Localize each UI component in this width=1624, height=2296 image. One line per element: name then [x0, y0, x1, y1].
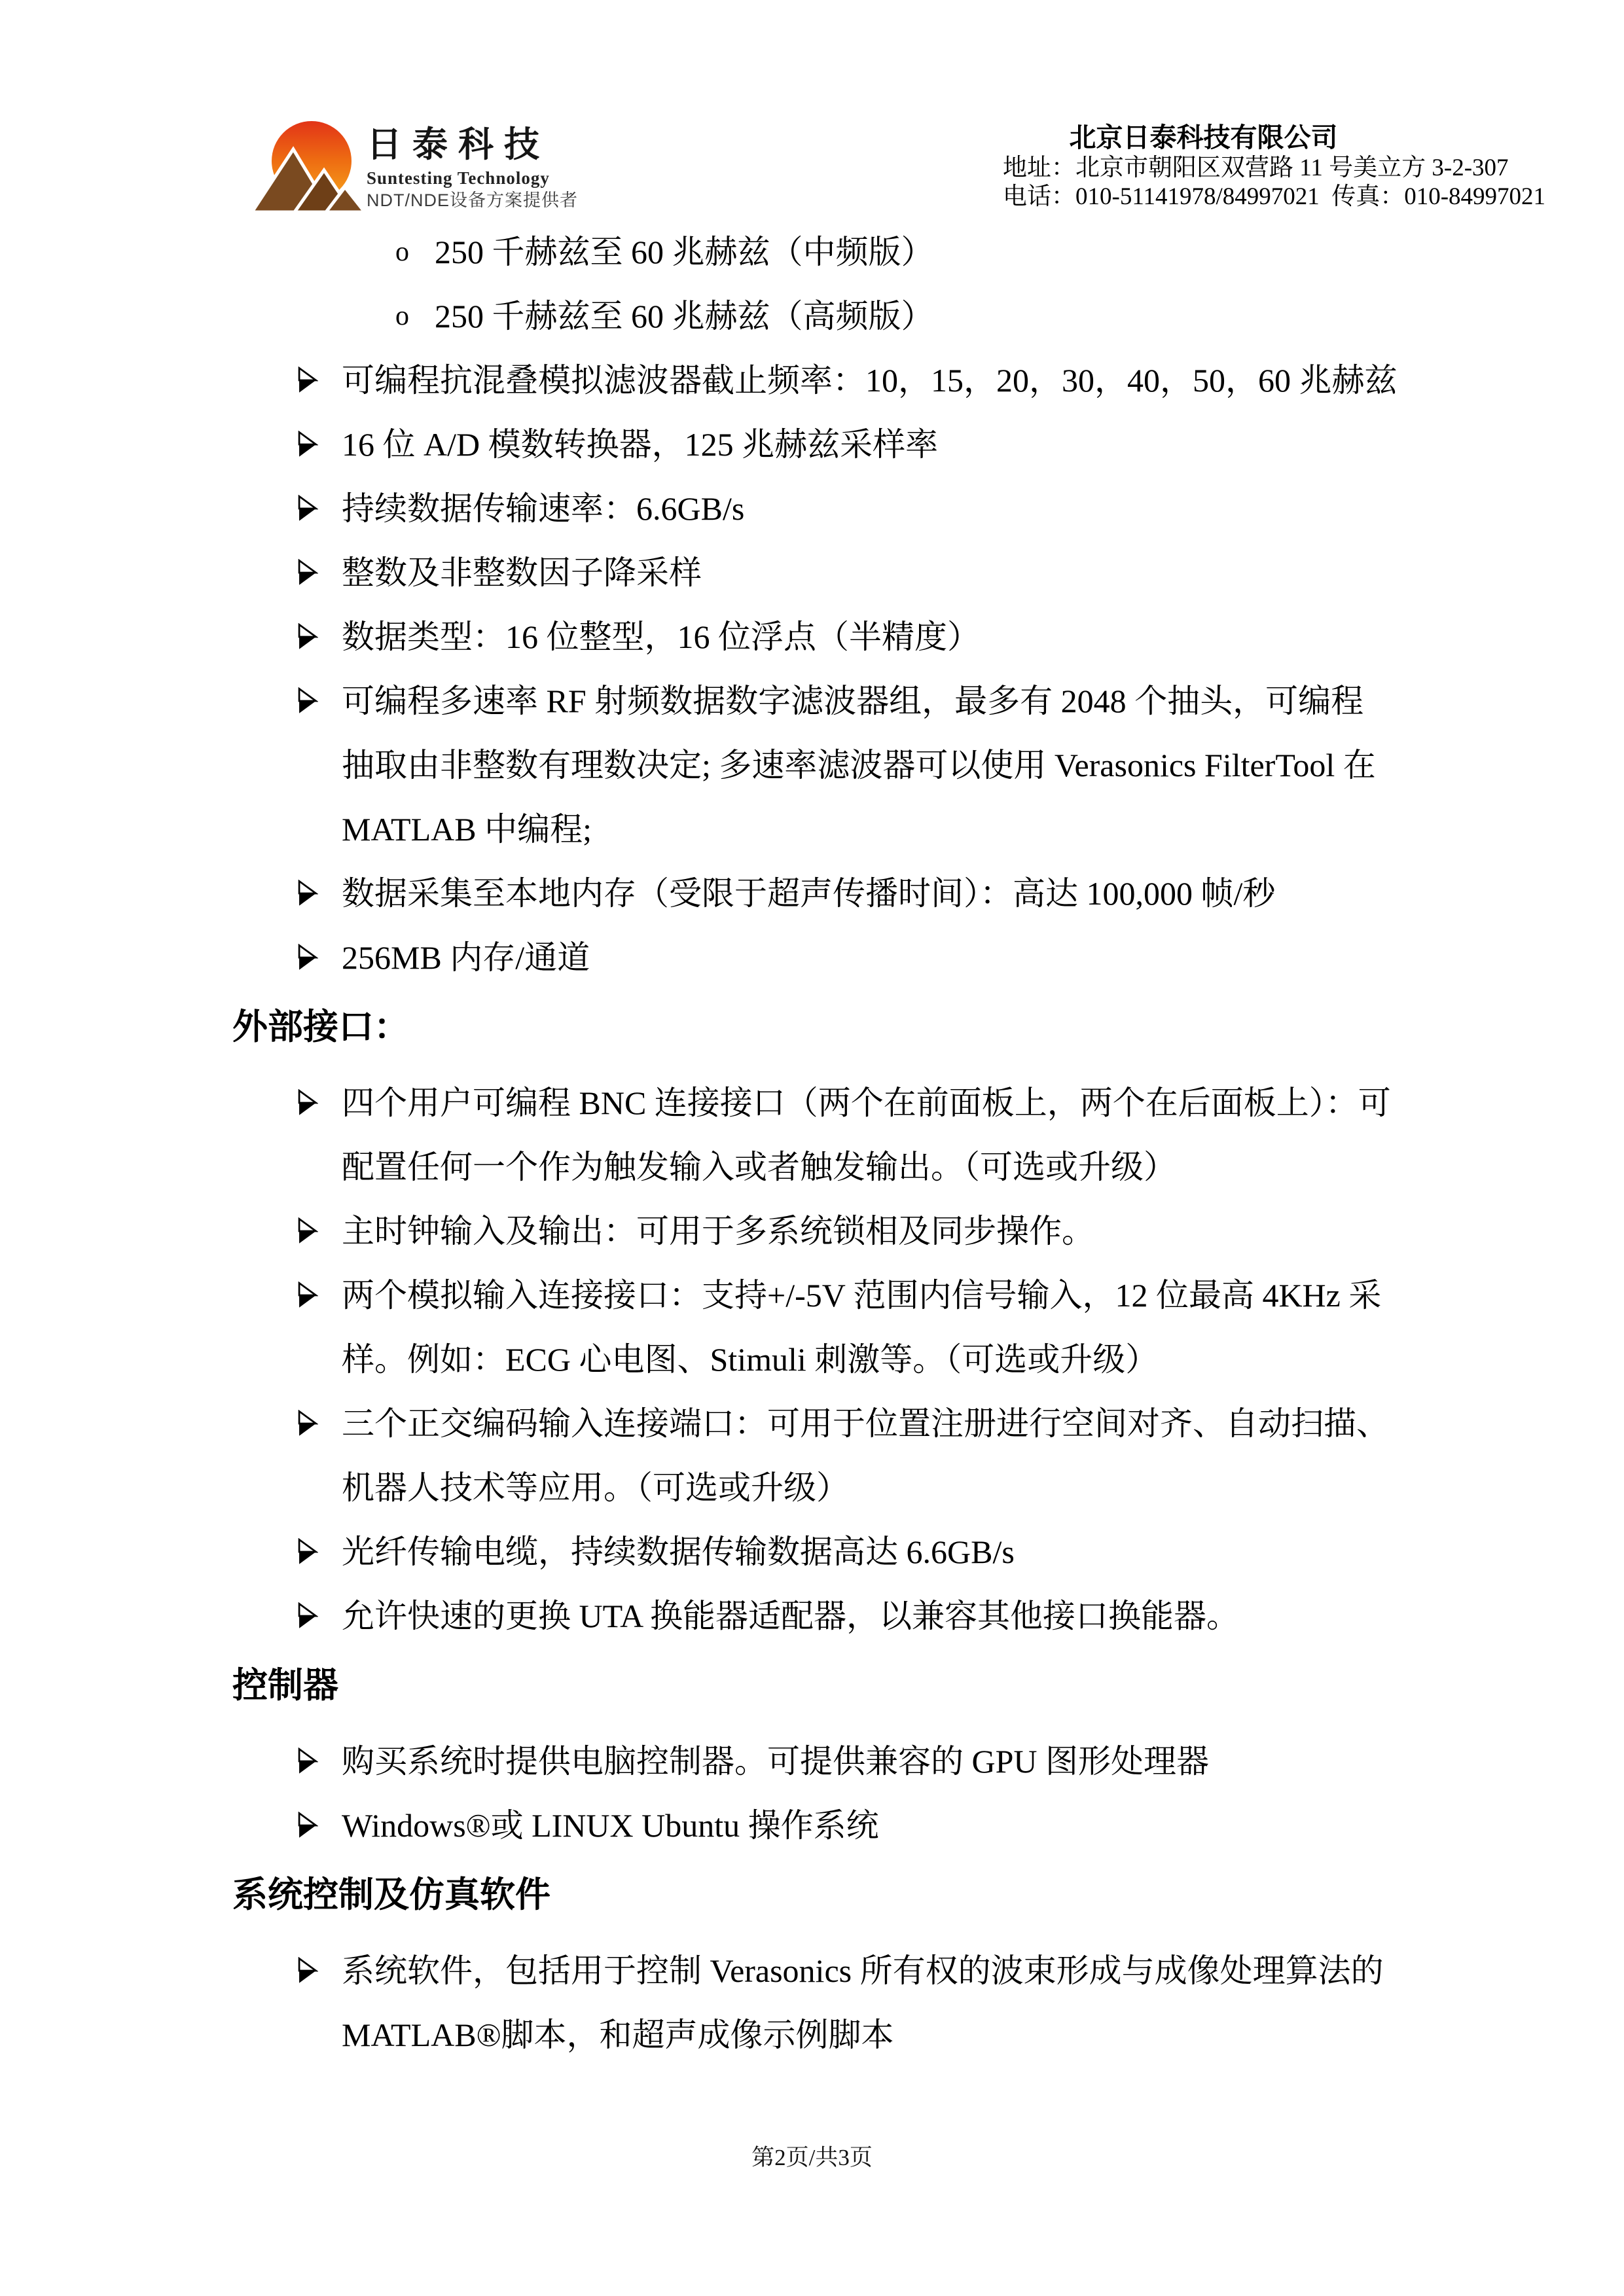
bullet-item: 数据采集至本地内存（受限于超声传播时间）：高达 100,000 帧/秒 — [232, 861, 1398, 925]
bullet-item: 三个正交编码输入连接端口：可用于位置注册进行空间对齐、自动扫描、机器人技术等应用… — [232, 1391, 1398, 1520]
text-line: MATLAB®脚本，和超声成像示例脚本 — [342, 2003, 1398, 2067]
section-heading: 外部接口： — [232, 995, 1398, 1059]
bullet-item: 256MB 内存/通道 — [232, 925, 1398, 990]
bullet-arrow-icon — [296, 1071, 318, 1135]
company-name: 北京日泰科技有限公司 — [1003, 121, 1404, 154]
text-line: 允许快速的更换 UTA 换能器适配器，以兼容其他接口换能器。 — [342, 1584, 1398, 1648]
sub-bullet-circle-icon: o — [395, 220, 409, 284]
text-line: 整数及非整数因子降采样 — [342, 541, 1398, 605]
company-phone-fax: 电话：010-51141978/84997021 传真：010-84997021 — [1003, 183, 1466, 211]
bullet-item: 可编程抗混叠模拟滤波器截止频率：10，15，20，30，40，50，60 兆赫兹 — [232, 348, 1398, 412]
text-line: 数据类型：16 位整型，16 位浮点（半精度） — [342, 605, 1398, 669]
company-info-block: 北京日泰科技有限公司 地址：北京市朝阳区双营路 11 号美立方 3-2-307 … — [1003, 121, 1466, 211]
bullet-arrow-icon — [296, 1729, 318, 1793]
bullet-arrow-icon — [296, 1584, 318, 1648]
text-line: 抽取由非整数有理数决定; 多速率滤波器可以使用 Verasonics Filte… — [342, 733, 1398, 797]
text-line: Windows®或 LINUX Ubuntu 操作系统 — [342, 1793, 1398, 1857]
text-line: 样。例如：ECG 心电图、Stimuli 刺激等。（可选或升级） — [342, 1327, 1398, 1391]
section-heading: 控制器 — [232, 1653, 1398, 1717]
bullet-arrow-icon — [296, 1520, 318, 1584]
text-line: 可编程多速率 RF 射频数据数字滤波器组，最多有 2048 个抽头，可编程 — [342, 669, 1398, 733]
text-line: 256MB 内存/通道 — [342, 925, 1398, 990]
section-heading: 系统控制及仿真软件 — [232, 1863, 1398, 1927]
bullet-item: 两个模拟输入连接接口：支持+/-5V 范围内信号输入，12 位最高 4KHz 采… — [232, 1263, 1398, 1391]
bullet-arrow-icon — [296, 1263, 318, 1327]
bullet-item: 允许快速的更换 UTA 换能器适配器，以兼容其他接口换能器。 — [232, 1584, 1398, 1648]
bullet-arrow-icon — [296, 1793, 318, 1857]
text-line: 光纤传输电缆，持续数据传输数据高达 6.6GB/s — [342, 1520, 1398, 1584]
sub-bullet-item: o250 千赫兹至 60 兆赫兹（中频版） — [232, 220, 1398, 284]
company-address: 地址：北京市朝阳区双营路 11 号美立方 3-2-307 — [1003, 154, 1466, 183]
sub-bullet-item: o250 千赫兹至 60 兆赫兹（高频版） — [232, 284, 1398, 348]
bullet-item: 主时钟输入及输出：可用于多系统锁相及同步操作。 — [232, 1199, 1398, 1263]
bullet-arrow-icon — [296, 925, 318, 990]
bullet-arrow-icon — [296, 1199, 318, 1263]
bullet-item: 数据类型：16 位整型，16 位浮点（半精度） — [232, 605, 1398, 669]
text-line: 购买系统时提供电脑控制器。可提供兼容的 GPU 图形处理器 — [342, 1729, 1398, 1793]
bullet-item: 四个用户可编程 BNC 连接接口（两个在前面板上，两个在后面板上）：可配置任何一… — [232, 1071, 1398, 1199]
text-line: 系统软件，包括用于控制 Verasonics 所有权的波束形成与成像处理算法的 — [342, 1939, 1398, 2003]
text-line: 两个模拟输入连接接口：支持+/-5V 范围内信号输入，12 位最高 4KHz 采 — [342, 1263, 1398, 1327]
text-line: 持续数据传输速率：6.6GB/s — [342, 476, 1398, 541]
text-line: 250 千赫兹至 60 兆赫兹（高频版） — [435, 284, 1398, 348]
bullet-item: Windows®或 LINUX Ubuntu 操作系统 — [232, 1793, 1398, 1857]
bullet-arrow-icon — [296, 669, 318, 733]
text-line: 三个正交编码输入连接端口：可用于位置注册进行空间对齐、自动扫描、 — [342, 1391, 1398, 1456]
document-page: 日泰科技 Suntesting Technology NDT/NDE设备方案提供… — [0, 0, 1624, 2296]
text-line: 可编程抗混叠模拟滤波器截止频率：10，15，20，30，40，50，60 兆赫兹 — [342, 348, 1398, 412]
bullet-item: 可编程多速率 RF 射频数据数字滤波器组，最多有 2048 个抽头，可编程抽取由… — [232, 669, 1398, 861]
logo-text-block: 日泰科技 Suntesting Technology NDT/NDE设备方案提供… — [367, 126, 578, 210]
bullet-item: 系统软件，包括用于控制 Verasonics 所有权的波束形成与成像处理算法的M… — [232, 1939, 1398, 2067]
bullet-item: 持续数据传输速率：6.6GB/s — [232, 476, 1398, 541]
text-line: 250 千赫兹至 60 兆赫兹（中频版） — [435, 220, 1398, 284]
bullet-item: 购买系统时提供电脑控制器。可提供兼容的 GPU 图形处理器 — [232, 1729, 1398, 1793]
bullet-arrow-icon — [296, 348, 318, 412]
text-line: 四个用户可编程 BNC 连接接口（两个在前面板上，两个在后面板上）：可 — [342, 1071, 1398, 1135]
content-list: o250 千赫兹至 60 兆赫兹（中频版）o250 千赫兹至 60 兆赫兹（高频… — [232, 220, 1398, 2067]
bullet-arrow-icon — [296, 412, 318, 476]
logo-tagline: NDT/NDE设备方案提供者 — [367, 190, 578, 210]
bullet-arrow-icon — [296, 605, 318, 669]
text-line: 配置任何一个作为触发输入或者触发输出。（可选或升级） — [342, 1135, 1398, 1199]
bullet-item: 16 位 A/D 模数转换器，125 兆赫兹采样率 — [232, 412, 1398, 476]
sun-mountains-logo-icon — [247, 115, 367, 215]
bullet-item: 光纤传输电缆，持续数据传输数据高达 6.6GB/s — [232, 1520, 1398, 1584]
page-number: 第2页/共3页 — [0, 2142, 1624, 2174]
bullet-arrow-icon — [296, 1939, 318, 2003]
bullet-item: 整数及非整数因子降采样 — [232, 541, 1398, 605]
bullet-arrow-icon — [296, 476, 318, 541]
text-line: 主时钟输入及输出：可用于多系统锁相及同步操作。 — [342, 1199, 1398, 1263]
sub-bullet-circle-icon: o — [395, 284, 409, 348]
bullet-arrow-icon — [296, 1391, 318, 1456]
logo-subtitle: Suntesting Technology — [367, 168, 578, 188]
text-line: 机器人技术等应用。（可选或升级） — [342, 1456, 1398, 1520]
text-line: 16 位 A/D 模数转换器，125 兆赫兹采样率 — [342, 412, 1398, 476]
text-line: MATLAB 中编程; — [342, 797, 1398, 861]
bullet-arrow-icon — [296, 861, 318, 925]
text-line: 数据采集至本地内存（受限于超声传播时间）：高达 100,000 帧/秒 — [342, 861, 1398, 925]
logo-company-name: 日泰科技 — [367, 126, 578, 164]
bullet-arrow-icon — [296, 541, 318, 605]
